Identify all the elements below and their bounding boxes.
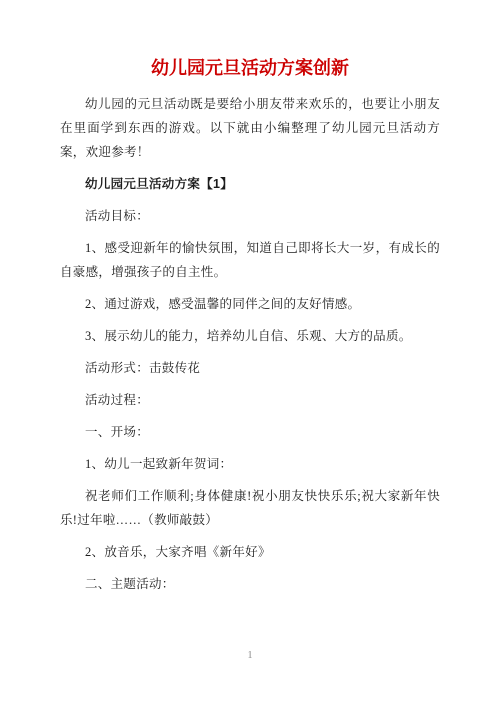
document-page: 幼儿园元旦活动方案创新 幼儿园的元旦活动既是要给小朋友带来欢乐的，也要让小朋友在… (0, 0, 500, 708)
paragraph-goal-1: 1、感受迎新年的愉快氛围，知道自己即将长大一岁，有成长的自豪感，增强孩子的自主性… (60, 236, 440, 284)
paragraph-greeting-text: 祝老师们工作顺利;身体健康!祝小朋友快快乐乐;祝大家新年快乐!过年啦……（教师敲… (60, 484, 440, 532)
paragraph-goal-3: 3、展示幼儿的能力，培养幼儿自信、乐观、大方的品质。 (60, 324, 440, 348)
document-content: 幼儿园元旦活动方案创新 幼儿园的元旦活动既是要给小朋友带来欢乐的，也要让小朋友在… (60, 56, 440, 604)
paragraph-goal-label: 活动目标： (60, 204, 440, 228)
paragraph-activity-form: 活动形式：击鼓传花 (60, 356, 440, 380)
paragraph-opening-heading: 一、开场： (60, 420, 440, 444)
paragraph-section-heading: 幼儿园元旦活动方案【1】 (60, 172, 440, 196)
page-number: 1 (0, 650, 500, 661)
paragraph-greeting-label: 1、幼儿一起致新年贺词： (60, 452, 440, 476)
paragraph-intro: 幼儿园的元旦活动既是要给小朋友带来欢乐的，也要让小朋友在里面学到东西的游戏。以下… (60, 92, 440, 164)
document-title: 幼儿园元旦活动方案创新 (60, 56, 440, 80)
paragraph-music: 2、放音乐，大家齐唱《新年好》 (60, 540, 440, 564)
paragraph-goal-2: 2、通过游戏，感受温馨的同伴之间的友好情感。 (60, 292, 440, 316)
paragraph-activity-process: 活动过程： (60, 388, 440, 412)
paragraph-theme-heading: 二、主题活动： (60, 572, 440, 596)
